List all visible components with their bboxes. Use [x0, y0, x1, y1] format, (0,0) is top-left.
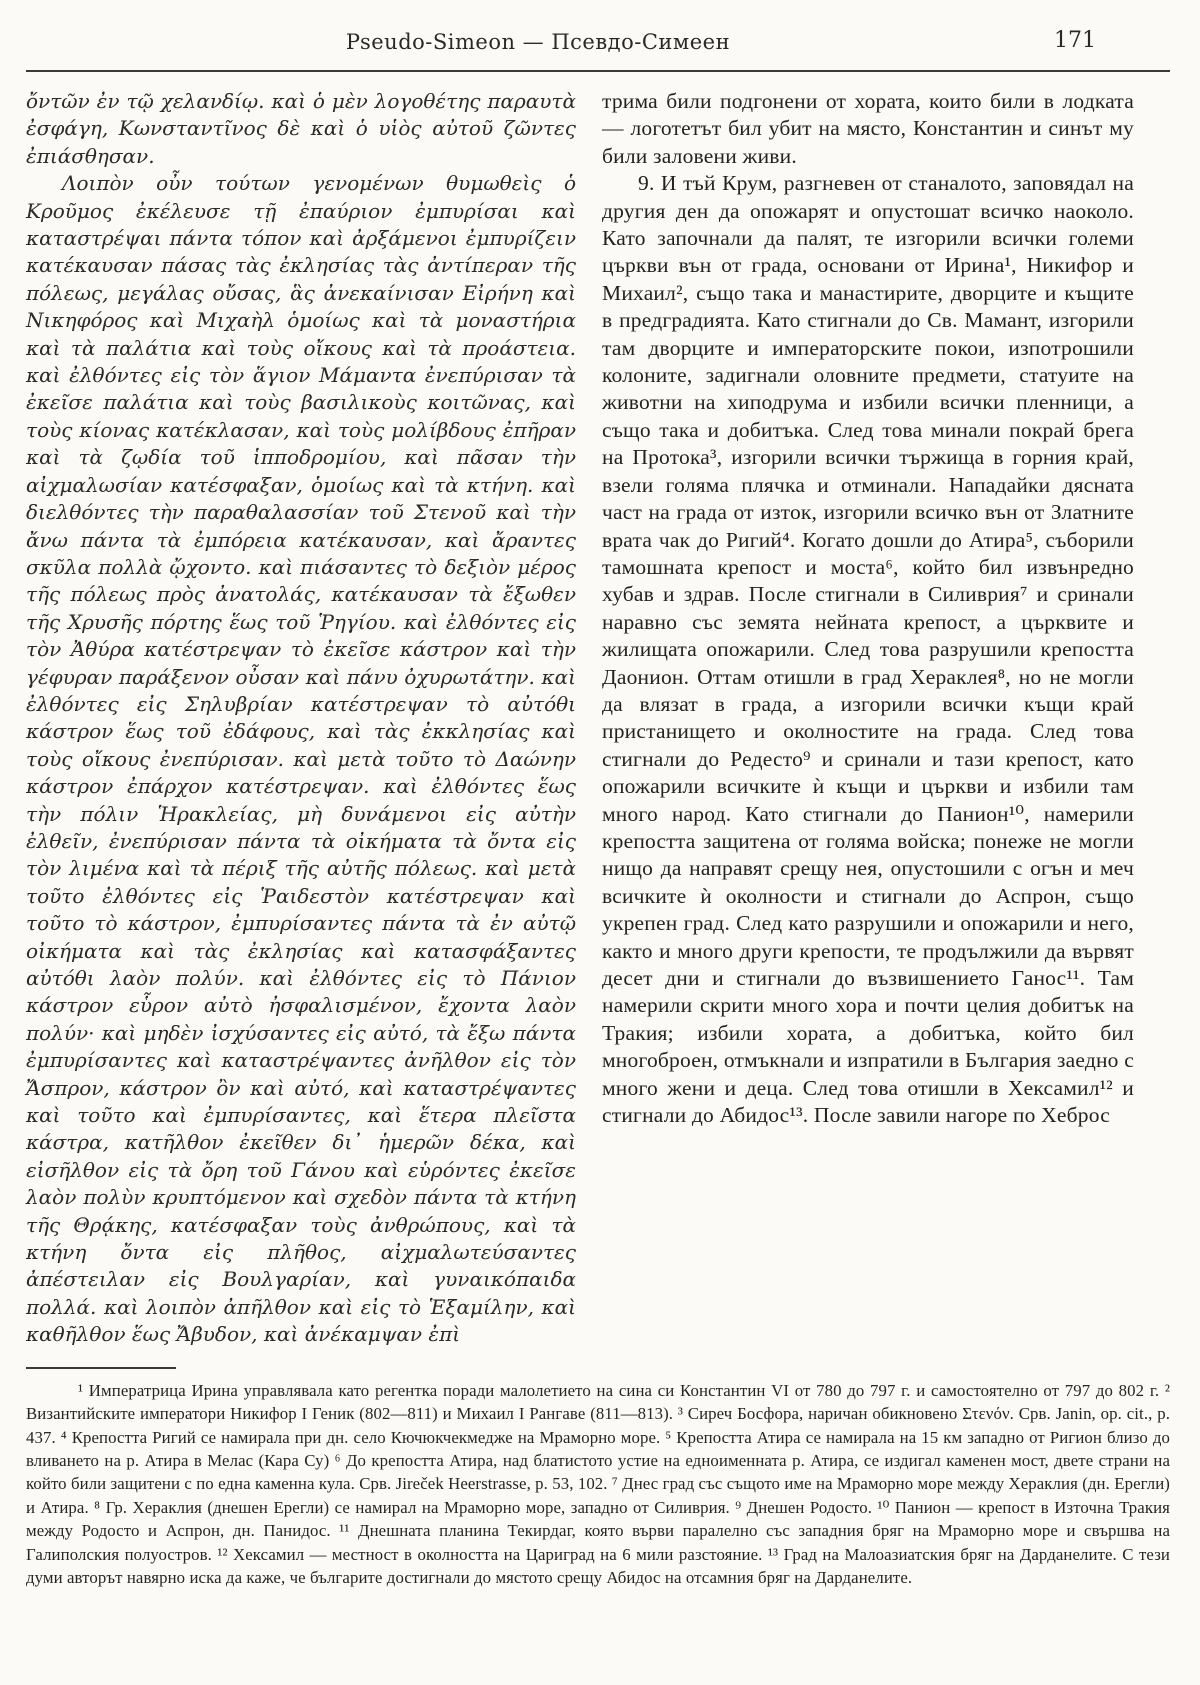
- book-page: Pseudo-Simeon — Псевдо-Симеен 171 ὄντῶν …: [0, 0, 1200, 1685]
- footnotes-block: ¹ Императрица Ирина управлявала като рег…: [26, 1379, 1170, 1590]
- page-number: 171: [1054, 28, 1096, 53]
- header-rule: [26, 70, 1170, 72]
- bulgarian-translation-column: трима били подгонени от хората, които би…: [602, 88, 1134, 1349]
- bulgarian-paragraph-main: 9. И тъй Крум, разгневен от станалото, з…: [602, 170, 1134, 1129]
- greek-source-column: ὄντῶν ἐν τῷ χελανδίῳ. καὶ ὁ μὲν λογοθέτη…: [26, 88, 576, 1349]
- text-columns: ὄντῶν ἐν τῷ χελανδίῳ. καὶ ὁ μὲν λογοθέτη…: [26, 88, 1170, 1349]
- running-head: Pseudo-Simeon — Псевдо-Симеен 171: [26, 24, 1170, 68]
- bulgarian-paragraph-continuation: трима били подгонени от хората, които би…: [602, 88, 1134, 170]
- greek-paragraph-continuation: ὄντῶν ἐν τῷ χελανδίῳ. καὶ ὁ μὲν λογοθέτη…: [26, 88, 576, 170]
- running-head-title: Pseudo-Simeon — Псевдо-Симеен: [26, 30, 1050, 54]
- footnote-separator: [26, 1367, 176, 1369]
- greek-paragraph-main: Λοιπὸν οὖν τούτων γενομένων θυμωθεὶς ὁ Κ…: [26, 170, 576, 1348]
